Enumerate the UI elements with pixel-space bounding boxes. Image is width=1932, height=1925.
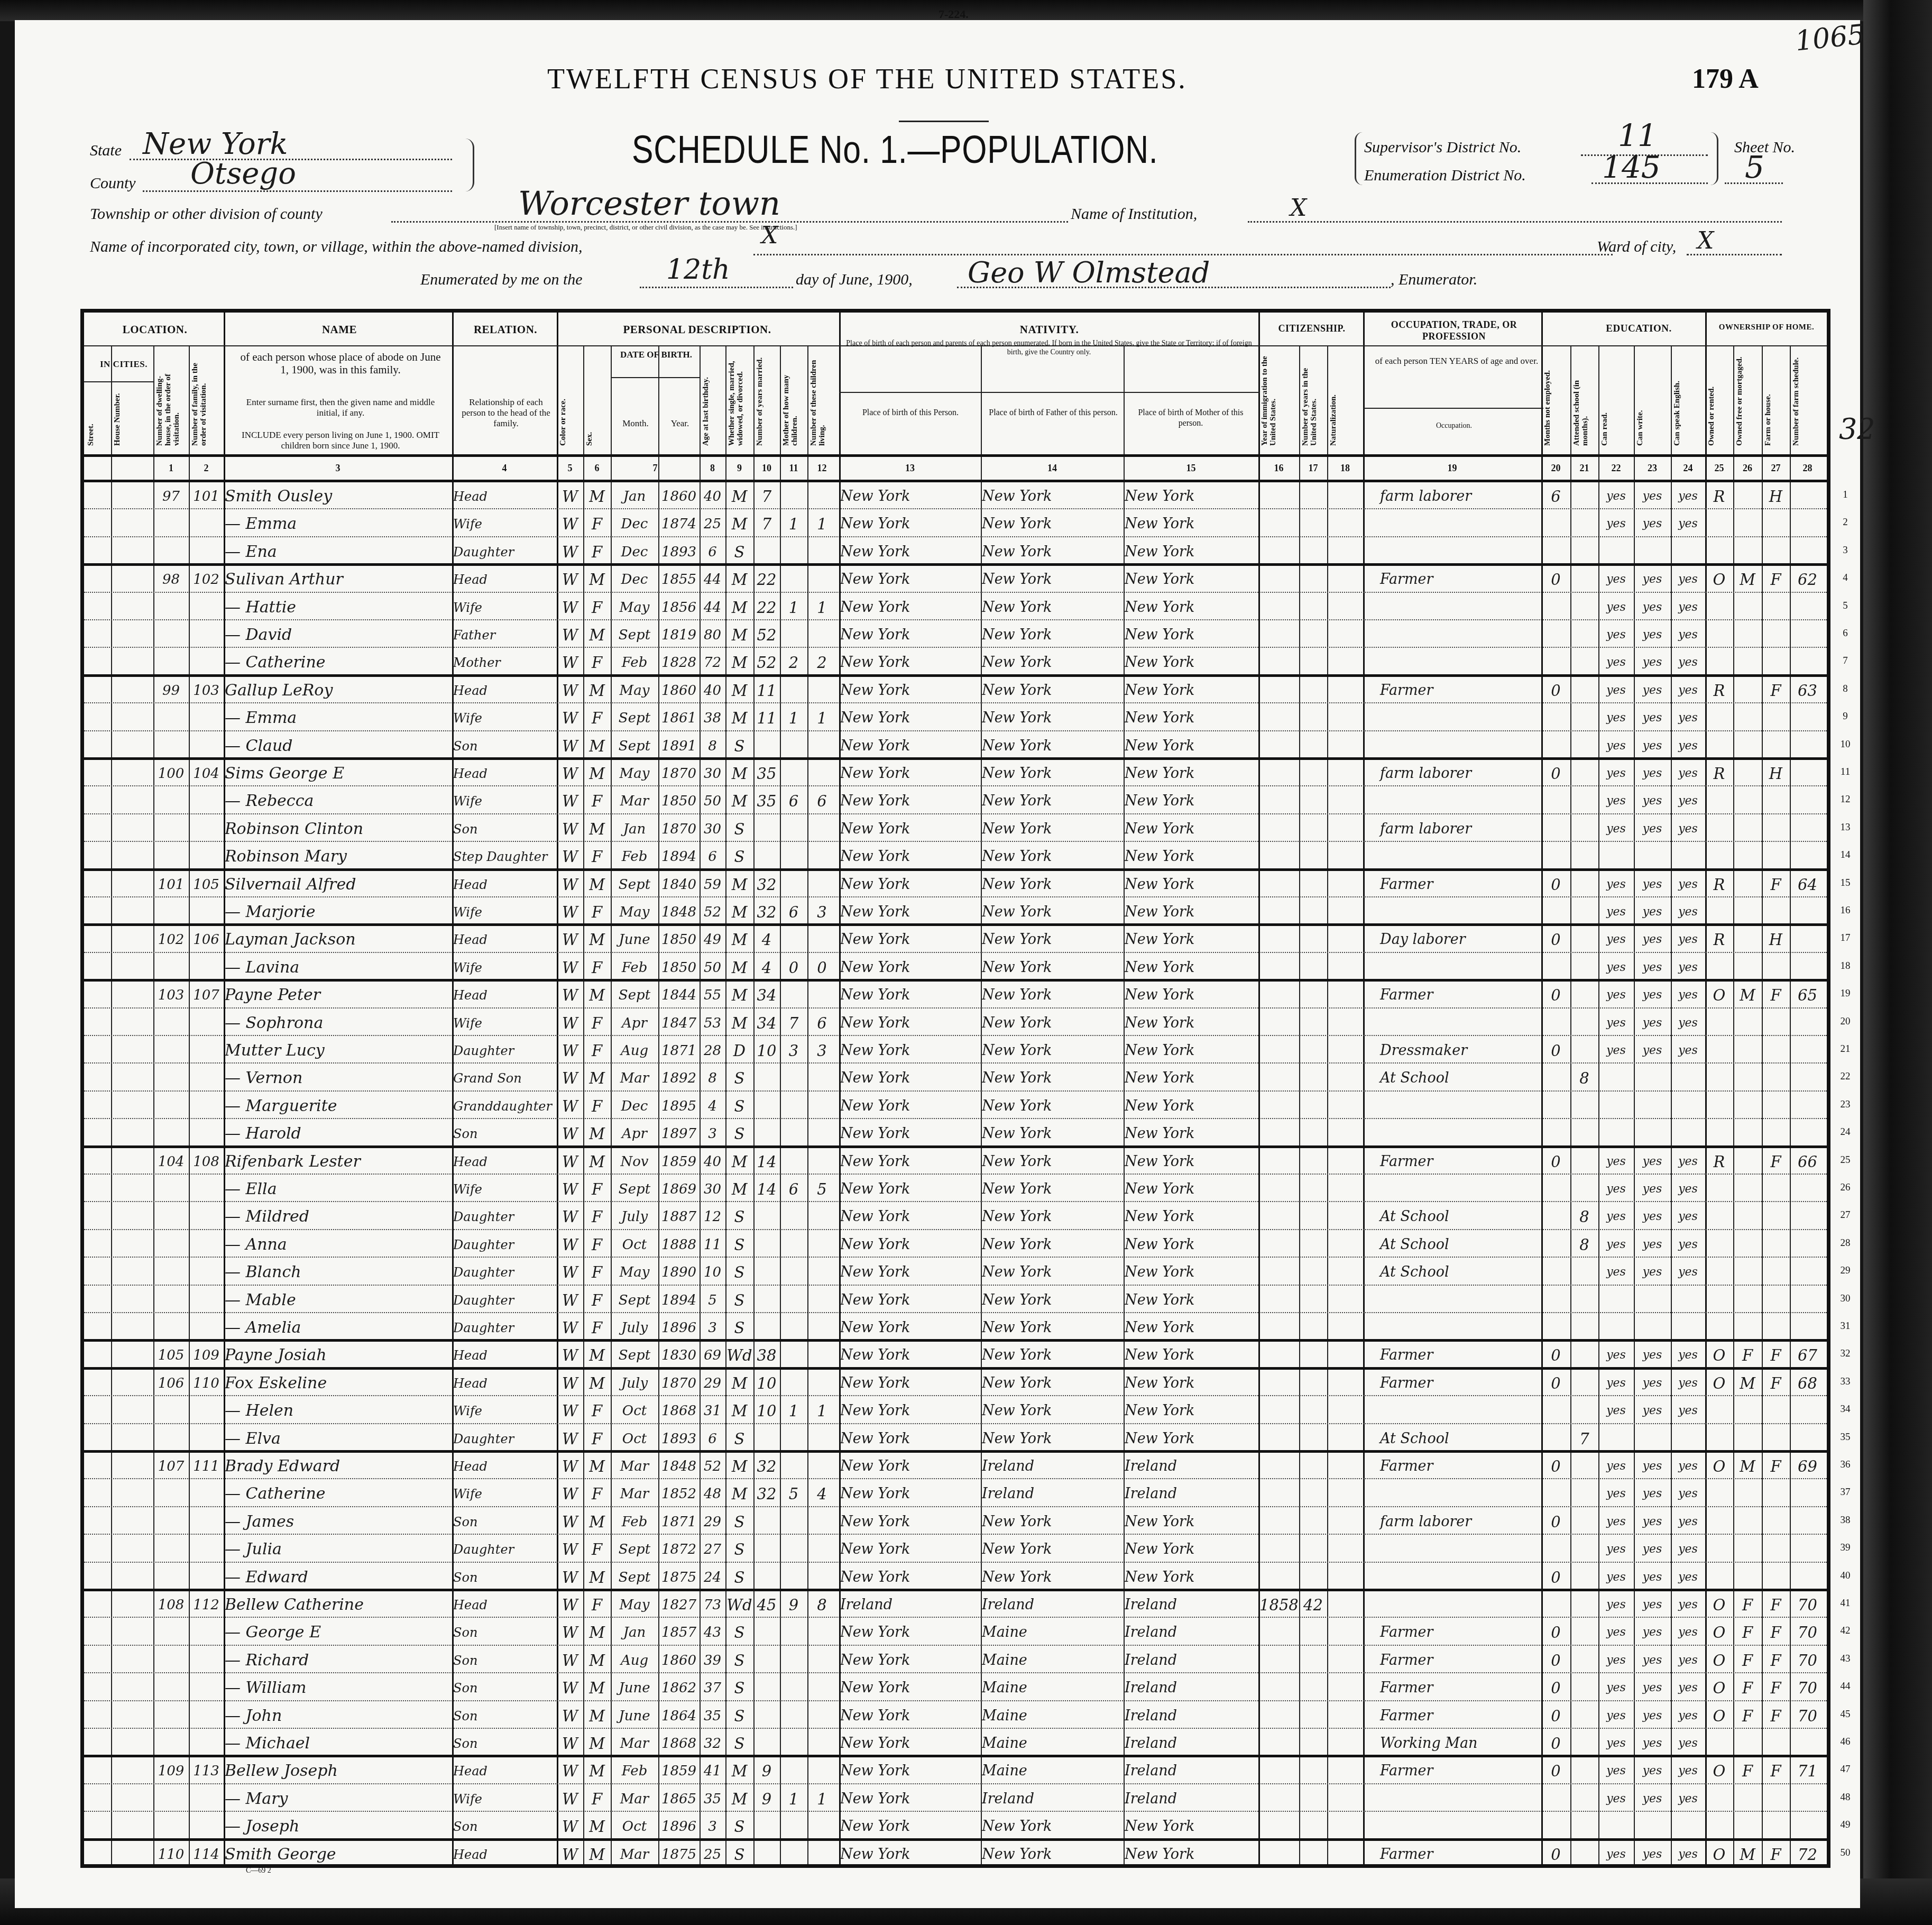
cell-unemp[interactable]	[1542, 1261, 1569, 1284]
cell-sch[interactable]	[1571, 1289, 1597, 1312]
cell-occ[interactable]: Farmer	[1364, 1344, 1556, 1367]
cell-fh[interactable]	[1763, 845, 1789, 868]
cell-wr[interactable]	[1635, 1815, 1670, 1838]
cell-age[interactable]: 40	[701, 1150, 724, 1174]
cell-bf[interactable]: New York	[982, 1178, 1123, 1201]
cell-yr[interactable]: 1860	[659, 679, 698, 702]
ward-field[interactable]: X	[1697, 227, 1714, 254]
cell-wr[interactable]: yes	[1635, 1261, 1670, 1284]
cell-ms[interactable]: M	[726, 901, 752, 924]
cell-ms[interactable]: M	[726, 679, 752, 702]
cell-ym[interactable]: 10	[755, 1039, 779, 1062]
cell-yus[interactable]	[1300, 956, 1326, 979]
cell-ms[interactable]: S	[726, 735, 752, 758]
cell-fs[interactable]: 72	[1791, 1843, 1824, 1866]
cell-ym[interactable]: 22	[755, 596, 779, 619]
cell-ym[interactable]	[755, 1261, 779, 1284]
cell-nat[interactable]	[1328, 1012, 1362, 1035]
cell-bm[interactable]: New York	[1125, 1039, 1257, 1062]
cell-fam[interactable]	[190, 1205, 223, 1229]
cell-sex[interactable]: F	[584, 651, 610, 674]
cell-fam[interactable]	[190, 1095, 223, 1118]
cell-sex[interactable]: F	[584, 790, 610, 813]
cell-yus[interactable]	[1300, 1510, 1326, 1534]
cell-col[interactable]: W	[558, 1122, 582, 1145]
cell-bf[interactable]: New York	[982, 679, 1123, 702]
cell-fam[interactable]	[190, 1704, 223, 1728]
cell-rd[interactable]	[1599, 540, 1633, 564]
cell-fm[interactable]	[1734, 1150, 1761, 1174]
cell-wr[interactable]: yes	[1635, 707, 1670, 730]
cell-en[interactable]	[1672, 1427, 1704, 1451]
cell-name[interactable]: — James	[225, 1510, 451, 1534]
cell-ym[interactable]: 9	[755, 1759, 779, 1783]
cell-sch[interactable]	[1571, 818, 1597, 841]
cell-mo[interactable]: Mar	[612, 1732, 657, 1755]
cell-occ[interactable]	[1364, 540, 1556, 564]
cell-mo[interactable]: May	[612, 679, 657, 702]
cell-rd[interactable]: yes	[1599, 1233, 1633, 1257]
cell-rel[interactable]: Son	[453, 1676, 556, 1700]
cell-bf[interactable]: New York	[982, 984, 1123, 1007]
cell-mc[interactable]: 1	[781, 707, 806, 730]
cell-dw[interactable]	[154, 901, 188, 924]
cell-mo[interactable]: Feb	[612, 1510, 657, 1534]
cell-sex[interactable]: M	[584, 1122, 610, 1145]
cell-mo[interactable]: Feb	[612, 1759, 657, 1783]
cell-rel[interactable]: Head	[453, 1759, 556, 1783]
cell-ms[interactable]: M	[726, 956, 752, 979]
cell-own[interactable]	[1706, 735, 1732, 758]
cell-bp[interactable]: New York	[840, 1372, 980, 1395]
cell-mc[interactable]	[781, 679, 806, 702]
cell-yr[interactable]: 1860	[659, 1649, 698, 1672]
cell-imm[interactable]	[1259, 1372, 1298, 1395]
cell-nat[interactable]	[1328, 1510, 1362, 1534]
cell-own[interactable]	[1706, 818, 1732, 841]
cell-name[interactable]: Mutter Lucy	[225, 1039, 451, 1062]
cell-dw[interactable]: 99	[154, 679, 188, 702]
cell-age[interactable]: 12	[701, 1205, 724, 1229]
cell-fh[interactable]: F	[1763, 984, 1789, 1007]
cell-fs[interactable]	[1791, 1482, 1824, 1506]
cell-bm[interactable]: New York	[1125, 1316, 1257, 1340]
cell-nat[interactable]	[1328, 1372, 1362, 1395]
cell-wr[interactable]: yes	[1635, 596, 1670, 619]
cell-bm[interactable]: New York	[1125, 901, 1257, 924]
cell-name[interactable]: — Helen	[225, 1399, 451, 1423]
cell-fm[interactable]	[1734, 790, 1761, 813]
cell-occ[interactable]	[1364, 596, 1556, 619]
cell-sex[interactable]: M	[584, 1067, 610, 1090]
cell-bf[interactable]: New York	[982, 818, 1123, 841]
cell-yus[interactable]	[1300, 485, 1326, 508]
cell-yus[interactable]	[1300, 1399, 1326, 1423]
cell-ym[interactable]: 7	[755, 512, 779, 536]
cell-name[interactable]: — Mable	[225, 1289, 451, 1312]
cell-bp[interactable]: New York	[840, 1455, 980, 1478]
cell-cl[interactable]	[808, 624, 835, 647]
cell-bp[interactable]: New York	[840, 512, 980, 536]
cell-dw[interactable]	[154, 512, 188, 536]
cell-rd[interactable]: yes	[1599, 651, 1633, 674]
ed-field[interactable]: 145	[1602, 149, 1661, 185]
cell-rel[interactable]: Daughter	[453, 1233, 556, 1257]
cell-bm[interactable]: New York	[1125, 984, 1257, 1007]
cell-bm[interactable]: Ireland	[1125, 1621, 1257, 1644]
cell-wr[interactable]	[1635, 1095, 1670, 1118]
cell-name[interactable]: — Vernon	[225, 1067, 451, 1090]
cell-col[interactable]: W	[558, 1815, 582, 1838]
cell-mc[interactable]	[781, 1122, 806, 1145]
cell-sch[interactable]	[1571, 568, 1597, 591]
cell-nat[interactable]	[1328, 1399, 1362, 1423]
cell-fh[interactable]	[1763, 1316, 1789, 1340]
cell-wr[interactable]: yes	[1635, 1510, 1670, 1534]
cell-rd[interactable]: yes	[1599, 1261, 1633, 1284]
cell-col[interactable]: W	[558, 1427, 582, 1451]
cell-fm[interactable]	[1734, 735, 1761, 758]
cell-nat[interactable]	[1328, 1067, 1362, 1090]
cell-occ[interactable]: Farmer	[1364, 568, 1556, 591]
cell-col[interactable]: W	[558, 1067, 582, 1090]
cell-bf[interactable]: New York	[982, 485, 1123, 508]
cell-bp[interactable]: New York	[840, 1289, 980, 1312]
cell-fs[interactable]	[1791, 1261, 1824, 1284]
cell-bm[interactable]: New York	[1125, 596, 1257, 619]
cell-fm[interactable]	[1734, 1732, 1761, 1755]
cell-dw[interactable]	[154, 624, 188, 647]
institution-field[interactable]: X	[1290, 195, 1307, 222]
cell-fam[interactable]: 111	[190, 1455, 223, 1478]
cell-yus[interactable]	[1300, 1843, 1326, 1866]
cell-ym[interactable]	[755, 1649, 779, 1672]
cell-imm[interactable]	[1259, 624, 1298, 647]
cell-ms[interactable]: S	[726, 845, 752, 868]
cell-nat[interactable]	[1328, 956, 1362, 979]
cell-name[interactable]: — Edward	[225, 1566, 451, 1589]
cell-age[interactable]: 25	[701, 512, 724, 536]
cell-fam[interactable]	[190, 1122, 223, 1145]
cell-wr[interactable]	[1635, 845, 1670, 868]
cell-dw[interactable]	[154, 707, 188, 730]
cell-yus[interactable]	[1300, 1676, 1326, 1700]
cell-fm[interactable]	[1734, 596, 1761, 619]
cell-imm[interactable]	[1259, 1704, 1298, 1728]
cell-ym[interactable]: 22	[755, 568, 779, 591]
cell-sex[interactable]: F	[584, 1233, 610, 1257]
cell-own[interactable]	[1706, 624, 1732, 647]
cell-yus[interactable]	[1300, 1538, 1326, 1561]
cell-ym[interactable]: 11	[755, 679, 779, 702]
cell-yus[interactable]	[1300, 762, 1326, 785]
cell-yus[interactable]	[1300, 596, 1326, 619]
cell-cl[interactable]	[808, 568, 835, 591]
cell-rel[interactable]: Daughter	[453, 1538, 556, 1561]
cell-bm[interactable]: New York	[1125, 1815, 1257, 1838]
cell-col[interactable]: W	[558, 1538, 582, 1561]
cell-fs[interactable]	[1791, 1039, 1824, 1062]
cell-yus[interactable]	[1300, 624, 1326, 647]
cell-rd[interactable]: yes	[1599, 1178, 1633, 1201]
cell-yr[interactable]: 1827	[659, 1593, 698, 1617]
cell-bf[interactable]: New York	[982, 1095, 1123, 1118]
cell-name[interactable]: — Elva	[225, 1427, 451, 1451]
cell-sch[interactable]	[1571, 540, 1597, 564]
cell-col[interactable]: W	[558, 1759, 582, 1783]
cell-bm[interactable]: Ireland	[1125, 1482, 1257, 1506]
cell-bp[interactable]: New York	[840, 1205, 980, 1229]
cell-own[interactable]	[1706, 540, 1732, 564]
cell-rel[interactable]: Wife	[453, 596, 556, 619]
cell-imm[interactable]	[1259, 679, 1298, 702]
cell-unemp[interactable]	[1542, 1122, 1569, 1145]
cell-wr[interactable]: yes	[1635, 762, 1670, 785]
cell-sch[interactable]	[1571, 984, 1597, 1007]
cell-unemp[interactable]	[1542, 1067, 1569, 1090]
cell-mo[interactable]: Aug	[612, 1039, 657, 1062]
cell-age[interactable]: 59	[701, 873, 724, 896]
cell-yus[interactable]	[1300, 707, 1326, 730]
cell-fs[interactable]: 70	[1791, 1621, 1824, 1644]
cell-sex[interactable]: M	[584, 1372, 610, 1395]
cell-cl[interactable]	[808, 1289, 835, 1312]
cell-fam[interactable]	[190, 1676, 223, 1700]
cell-name[interactable]: Bellew Catherine	[225, 1593, 451, 1617]
cell-cl[interactable]	[808, 762, 835, 785]
cell-own[interactable]: R	[1706, 679, 1732, 702]
cell-age[interactable]: 55	[701, 984, 724, 1007]
cell-fm[interactable]: F	[1734, 1649, 1761, 1672]
cell-ym[interactable]: 10	[755, 1399, 779, 1423]
cell-rd[interactable]: yes	[1599, 512, 1633, 536]
cell-wr[interactable]: yes	[1635, 1704, 1670, 1728]
cell-nat[interactable]	[1328, 1538, 1362, 1561]
cell-en[interactable]: yes	[1672, 1482, 1704, 1506]
cell-en[interactable]: yes	[1672, 956, 1704, 979]
cell-nat[interactable]	[1328, 485, 1362, 508]
cell-dw[interactable]: 98	[154, 568, 188, 591]
cell-bf[interactable]: New York	[982, 1815, 1123, 1838]
cell-age[interactable]: 5	[701, 1289, 724, 1312]
cell-fh[interactable]: H	[1763, 928, 1789, 951]
cell-sex[interactable]: F	[584, 901, 610, 924]
cell-mo[interactable]: Oct	[612, 1399, 657, 1423]
cell-bm[interactable]: New York	[1125, 1150, 1257, 1174]
cell-unemp[interactable]: 0	[1542, 1732, 1569, 1755]
cell-sex[interactable]: M	[584, 1649, 610, 1672]
cell-fam[interactable]	[190, 845, 223, 868]
cell-cl[interactable]: 6	[808, 1012, 835, 1035]
cell-cl[interactable]: 3	[808, 1039, 835, 1062]
cell-rel[interactable]: Son	[453, 1815, 556, 1838]
cell-imm[interactable]	[1259, 1289, 1298, 1312]
cell-imm[interactable]	[1259, 1150, 1298, 1174]
cell-col[interactable]: W	[558, 1012, 582, 1035]
cell-rd[interactable]: yes	[1599, 1593, 1633, 1617]
cell-col[interactable]: W	[558, 596, 582, 619]
cell-ym[interactable]: 34	[755, 984, 779, 1007]
cell-imm[interactable]	[1259, 651, 1298, 674]
cell-col[interactable]: W	[558, 707, 582, 730]
cell-fam[interactable]: 114	[190, 1843, 223, 1866]
cell-bm[interactable]: New York	[1125, 1510, 1257, 1534]
cell-fh[interactable]: F	[1763, 1649, 1789, 1672]
cell-rel[interactable]: Wife	[453, 1482, 556, 1506]
cell-yus[interactable]	[1300, 1178, 1326, 1201]
cell-en[interactable]: yes	[1672, 596, 1704, 619]
cell-sch[interactable]	[1571, 845, 1597, 868]
cell-cl[interactable]	[808, 1095, 835, 1118]
cell-cl[interactable]	[808, 818, 835, 841]
cell-col[interactable]: W	[558, 1649, 582, 1672]
cell-imm[interactable]	[1259, 984, 1298, 1007]
cell-en[interactable]: yes	[1672, 624, 1704, 647]
cell-imm[interactable]	[1259, 1205, 1298, 1229]
cell-ms[interactable]: M	[726, 984, 752, 1007]
cell-fs[interactable]	[1791, 1205, 1824, 1229]
cell-unemp[interactable]: 0	[1542, 1510, 1569, 1534]
cell-fm[interactable]	[1734, 845, 1761, 868]
cell-ym[interactable]	[755, 1815, 779, 1838]
cell-rel[interactable]: Daughter	[453, 540, 556, 564]
cell-mo[interactable]: Sept	[612, 735, 657, 758]
cell-en[interactable]: yes	[1672, 1621, 1704, 1644]
cell-mo[interactable]: Oct	[612, 1815, 657, 1838]
cell-sex[interactable]: F	[584, 1205, 610, 1229]
cell-bm[interactable]: New York	[1125, 1289, 1257, 1312]
cell-sex[interactable]: F	[584, 1012, 610, 1035]
cell-mo[interactable]: Dec	[612, 540, 657, 564]
cell-sch[interactable]: 8	[1571, 1205, 1597, 1229]
cell-ms[interactable]: Wd	[726, 1344, 752, 1367]
cell-fm[interactable]	[1734, 707, 1761, 730]
cell-sch[interactable]	[1571, 873, 1597, 896]
cell-bf[interactable]: New York	[982, 1122, 1123, 1145]
cell-occ[interactable]: Farmer	[1364, 1455, 1556, 1478]
cell-rd[interactable]	[1599, 1289, 1633, 1312]
cell-name[interactable]: — Mary	[225, 1787, 451, 1811]
cell-mc[interactable]	[781, 1289, 806, 1312]
cell-dw[interactable]	[154, 1122, 188, 1145]
cell-fam[interactable]: 108	[190, 1150, 223, 1174]
cell-fs[interactable]: 64	[1791, 873, 1824, 896]
cell-ym[interactable]	[755, 1067, 779, 1090]
cell-occ[interactable]	[1364, 901, 1556, 924]
cell-fh[interactable]	[1763, 735, 1789, 758]
cell-rel[interactable]: Head	[453, 928, 556, 951]
cell-bp[interactable]: New York	[840, 540, 980, 564]
cell-wr[interactable]	[1635, 1316, 1670, 1340]
cell-unemp[interactable]: 0	[1542, 1566, 1569, 1589]
cell-mc[interactable]	[781, 845, 806, 868]
cell-cl[interactable]: 2	[808, 651, 835, 674]
cell-bp[interactable]: New York	[840, 1732, 980, 1755]
cell-age[interactable]: 44	[701, 568, 724, 591]
cell-mc[interactable]	[781, 1427, 806, 1451]
cell-yus[interactable]: 42	[1300, 1593, 1326, 1617]
cell-rel[interactable]: Wife	[453, 707, 556, 730]
cell-rel[interactable]: Wife	[453, 790, 556, 813]
cell-fh[interactable]	[1763, 1482, 1789, 1506]
cell-fam[interactable]	[190, 651, 223, 674]
cell-nat[interactable]	[1328, 1704, 1362, 1728]
cell-en[interactable]: yes	[1672, 1538, 1704, 1561]
cell-fam[interactable]	[190, 1566, 223, 1589]
cell-rd[interactable]: yes	[1599, 818, 1633, 841]
cell-bf[interactable]: New York	[982, 1399, 1123, 1423]
cell-sch[interactable]	[1571, 1593, 1597, 1617]
cell-yus[interactable]	[1300, 901, 1326, 924]
cell-yr[interactable]: 1895	[659, 1095, 698, 1118]
cell-cl[interactable]	[808, 1704, 835, 1728]
cell-mc[interactable]	[781, 485, 806, 508]
cell-age[interactable]: 3	[701, 1815, 724, 1838]
cell-en[interactable]: yes	[1672, 1649, 1704, 1672]
cell-fs[interactable]: 70	[1791, 1593, 1824, 1617]
cell-col[interactable]: W	[558, 845, 582, 868]
cell-rel[interactable]: Son	[453, 1510, 556, 1534]
cell-own[interactable]	[1706, 1233, 1732, 1257]
cell-rd[interactable]: yes	[1599, 1621, 1633, 1644]
cell-dw[interactable]: 104	[154, 1150, 188, 1174]
cell-fs[interactable]	[1791, 596, 1824, 619]
cell-cl[interactable]	[808, 1676, 835, 1700]
cell-en[interactable]: yes	[1672, 1759, 1704, 1783]
cell-fs[interactable]	[1791, 707, 1824, 730]
cell-rel[interactable]: Daughter	[453, 1427, 556, 1451]
cell-mc[interactable]	[781, 1538, 806, 1561]
cell-fh[interactable]	[1763, 1289, 1789, 1312]
cell-mc[interactable]	[781, 762, 806, 785]
cell-yr[interactable]: 1840	[659, 873, 698, 896]
cell-ms[interactable]: Wd	[726, 1593, 752, 1617]
cell-cl[interactable]: 4	[808, 1482, 835, 1506]
cell-occ[interactable]: Farmer	[1364, 1150, 1556, 1174]
cell-col[interactable]: W	[558, 1399, 582, 1423]
cell-yus[interactable]	[1300, 679, 1326, 702]
cell-yus[interactable]	[1300, 1704, 1326, 1728]
cell-wr[interactable]: yes	[1635, 956, 1670, 979]
cell-col[interactable]: W	[558, 901, 582, 924]
cell-bm[interactable]: New York	[1125, 762, 1257, 785]
cell-own[interactable]: O	[1706, 1843, 1732, 1866]
cell-fam[interactable]: 109	[190, 1344, 223, 1367]
cell-rd[interactable]: yes	[1599, 1344, 1633, 1367]
cell-nat[interactable]	[1328, 651, 1362, 674]
cell-ms[interactable]: S	[726, 1233, 752, 1257]
cell-bf[interactable]: New York	[982, 707, 1123, 730]
cell-ym[interactable]	[755, 1704, 779, 1728]
cell-bp[interactable]: New York	[840, 1510, 980, 1534]
cell-own[interactable]	[1706, 1566, 1732, 1589]
cell-bf[interactable]: New York	[982, 1372, 1123, 1395]
cell-wr[interactable]: yes	[1635, 1759, 1670, 1783]
cell-rd[interactable]: yes	[1599, 568, 1633, 591]
cell-bm[interactable]: New York	[1125, 1261, 1257, 1284]
cell-fam[interactable]	[190, 512, 223, 536]
cell-wr[interactable]: yes	[1635, 1732, 1670, 1755]
cell-sex[interactable]: M	[584, 762, 610, 785]
cell-own[interactable]	[1706, 1289, 1732, 1312]
cell-fm[interactable]	[1734, 679, 1761, 702]
cell-bp[interactable]: New York	[840, 1095, 980, 1118]
cell-bp[interactable]: Ireland	[840, 1593, 980, 1617]
cell-col[interactable]: W	[558, 1205, 582, 1229]
cell-wr[interactable]: yes	[1635, 1039, 1670, 1062]
cell-age[interactable]: 80	[701, 624, 724, 647]
cell-name[interactable]: Layman Jackson	[225, 928, 451, 951]
